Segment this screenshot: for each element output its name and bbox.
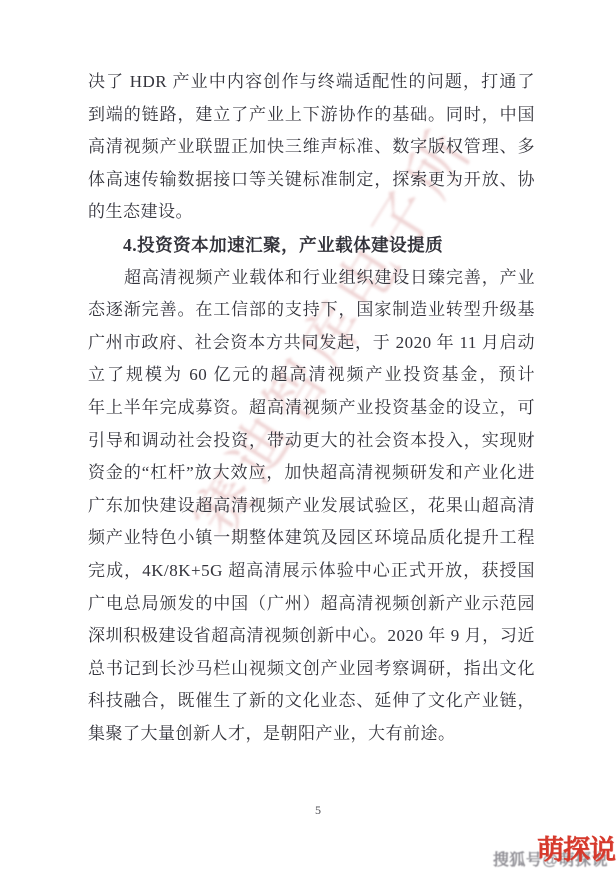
- text-line: 科技融合，既催生了新的文化业态、延伸了文化产业链，又: [88, 685, 535, 718]
- text-line: 总书记到长沙马栏山视频文创产业园考察调研，指出文化和: [88, 653, 535, 686]
- text-line: 广电总局颁发的中国（广州）超高清视频创新产业示范园区。: [88, 588, 535, 621]
- text-line: 的生态建设。: [88, 196, 535, 229]
- text-line: 频产业特色小镇一期整体建筑及园区环境品质化提升工程: [88, 522, 535, 555]
- text-line: 高清视频产业联盟正加快三维声标准、数字版权管理、多媒: [88, 131, 535, 164]
- page-content: 决了 HDR 产业中内容创作与终端适配性的问题，打通了端到端的链路，建立了产业上…: [88, 66, 535, 750]
- text-line: 决了 HDR 产业中内容创作与终端适配性的问题，打通了端: [88, 66, 535, 99]
- text-line: 深圳积极建设省超高清视频创新中心。2020 年 9 月，习近平: [88, 620, 535, 653]
- section-heading: 4.投资资本加速汇聚，产业载体建设提质: [88, 229, 535, 262]
- text-line: 完成，4K/8K+5G 超高清展示体验中心正式开放，获授国家: [88, 555, 535, 588]
- text-line: 超高清视频产业载体和行业组织建设日臻完善，产业生: [88, 262, 535, 295]
- text-line: 态逐渐完善。在工信部的支持下，国家制造业转型升级基金、: [88, 294, 535, 327]
- text-line: 到端的链路，建立了产业上下游协作的基础。同时，中国超: [88, 99, 535, 132]
- text-line: 广东加快建设超高清视频产业发展试验区，花果山超高清视: [88, 490, 535, 523]
- document-page: 赛迪智库电子所 决了 HDR 产业中内容创作与终端适配性的问题，打通了端到端的链…: [0, 0, 616, 874]
- logo-text: 萌探说: [537, 828, 615, 867]
- text-line: 集聚了大量创新人才，是朝阳产业，大有前途。: [88, 718, 535, 751]
- paragraph-1: 决了 HDR 产业中内容创作与终端适配性的问题，打通了端到端的链路，建立了产业上…: [88, 66, 535, 229]
- text-line: 体高速传输数据接口等关键标准制定，探索更为开放、协同: [88, 164, 535, 197]
- text-line: 广州市政府、社会资本方共同发起，于 2020 年 11 月启动设: [88, 327, 535, 360]
- paragraph-2: 超高清视频产业载体和行业组织建设日臻完善，产业生态逐渐完善。在工信部的支持下，国…: [88, 262, 535, 751]
- page-number: 5: [10, 803, 616, 818]
- text-line: 年上半年完成募资。超高清视频产业投资基金的设立，可以: [88, 392, 535, 425]
- text-line: 立了规模为 60 亿元的超高清视频产业投资基金，预计 2021: [88, 359, 535, 392]
- text-line: 引导和调动社会投资，带动更大的社会资本投入，实现财政: [88, 425, 535, 458]
- source-stamp: 搜狐号@萌探说 萌探说: [426, 830, 616, 874]
- text-line: 资金的“杠杆”放大效应，加快超高清视频研发和产业化进程。: [88, 457, 535, 490]
